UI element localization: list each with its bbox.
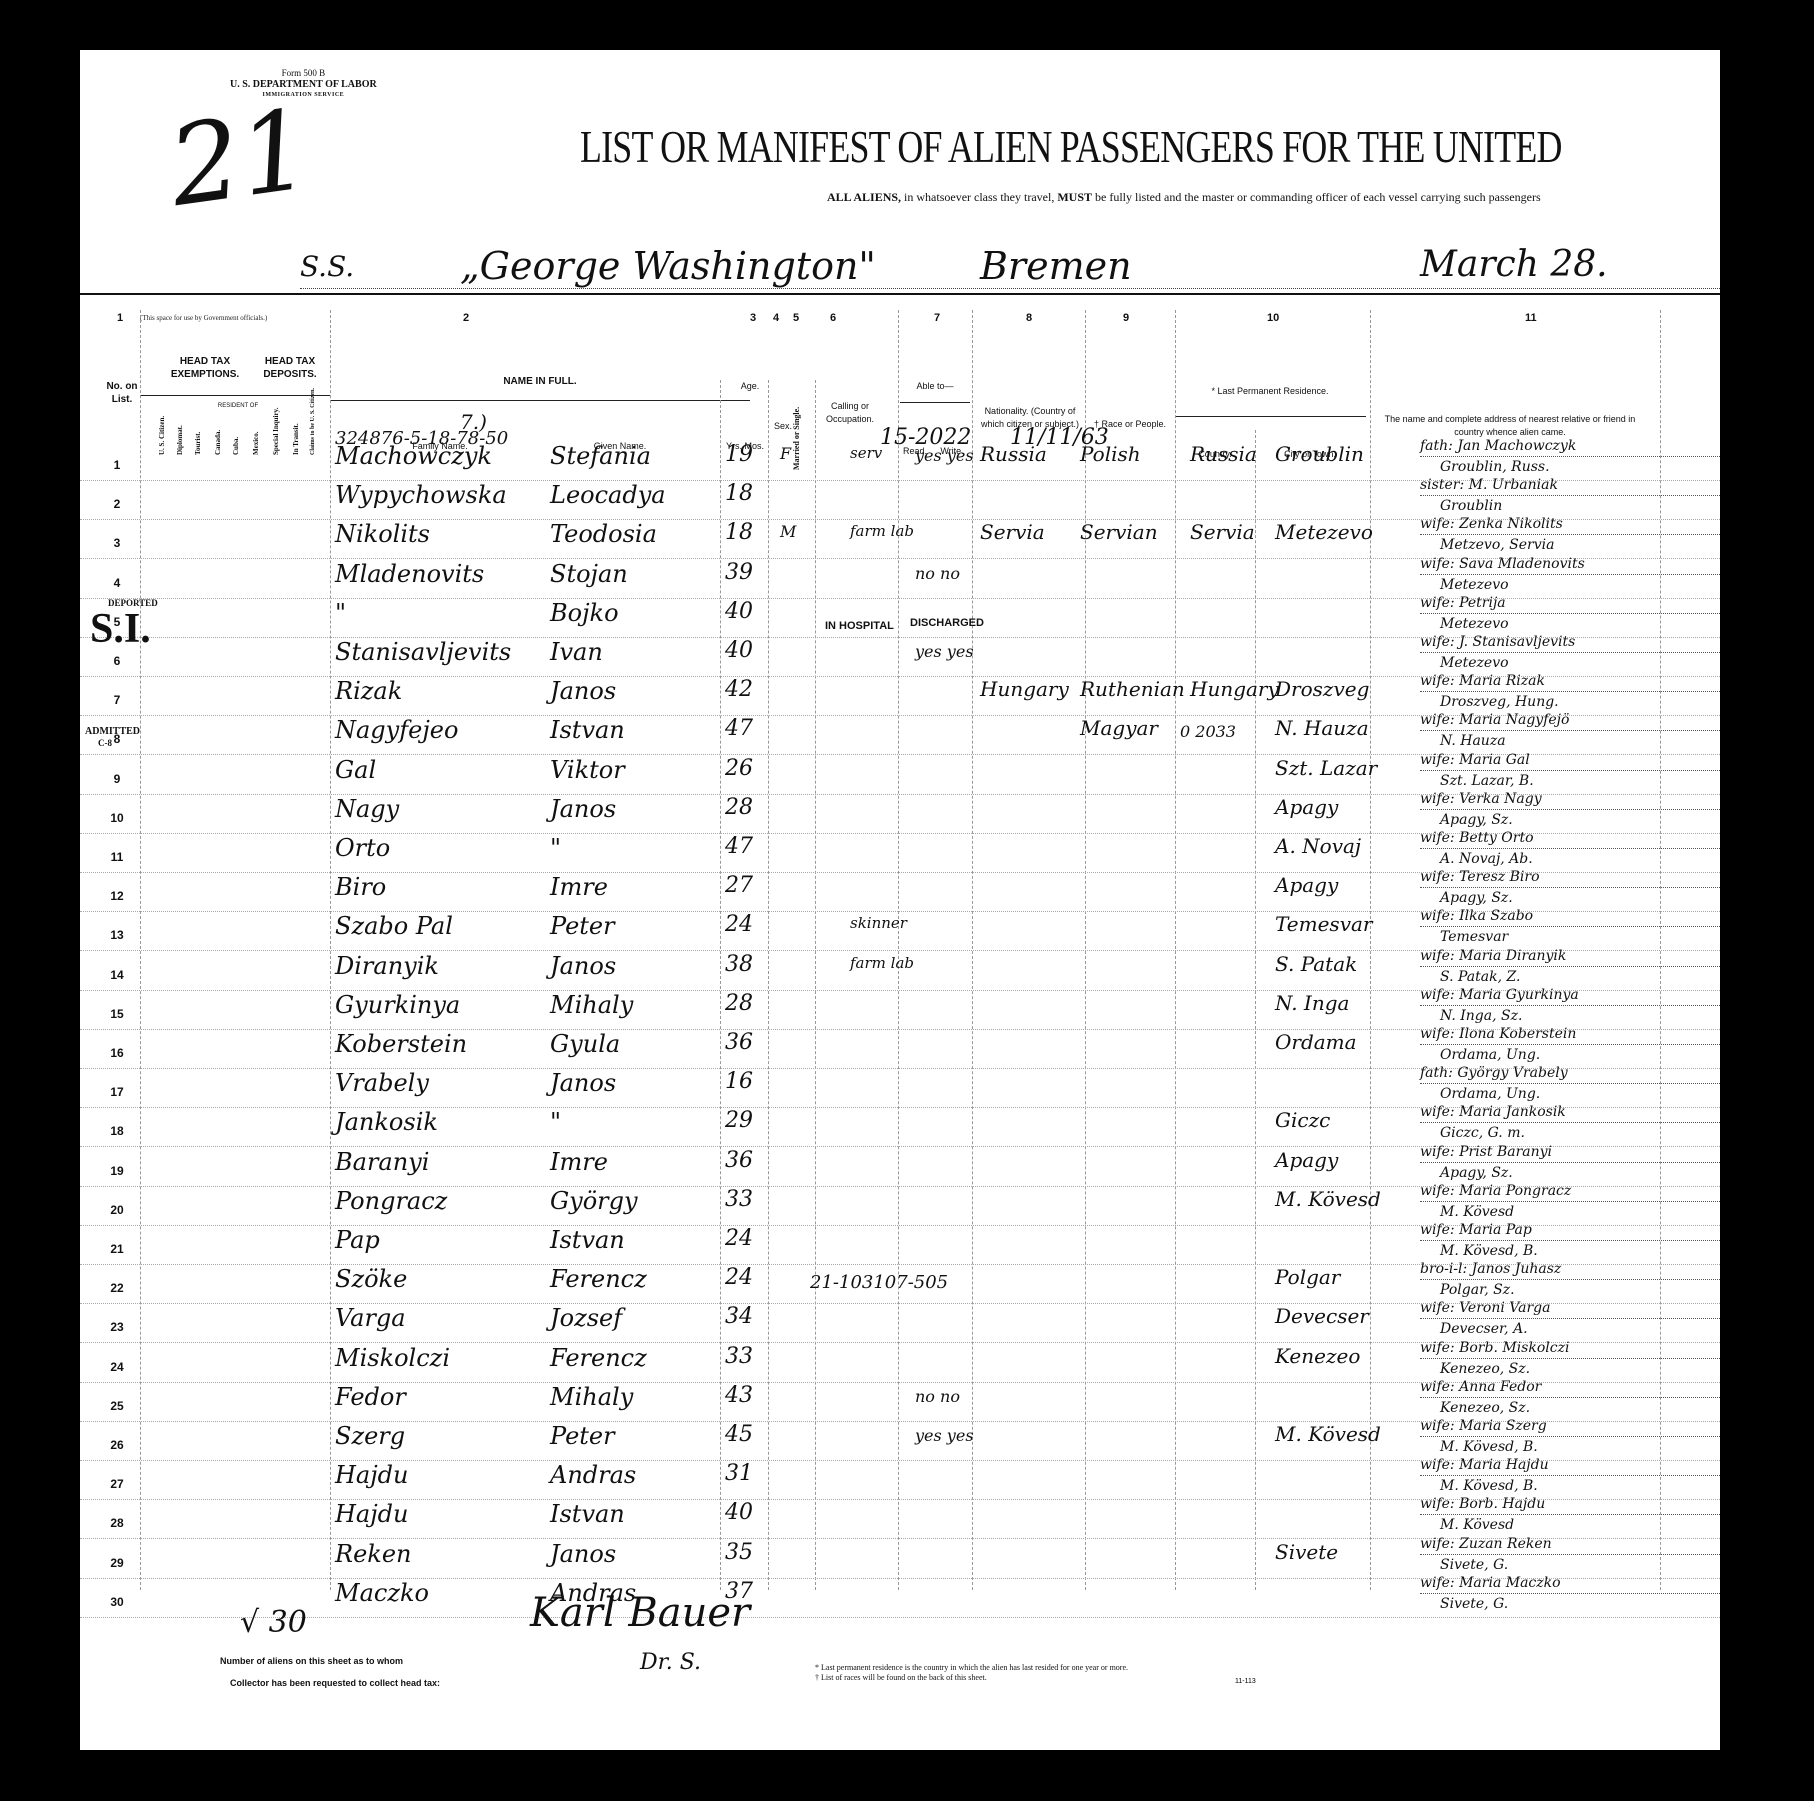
- row-number: 30: [102, 1595, 132, 1609]
- residence-country: Servia: [1190, 520, 1255, 544]
- age-value: 39: [725, 560, 753, 585]
- colnum-3: 3: [750, 312, 756, 324]
- nearest-relative: wife: Maria HajduM. Kövesd, B.: [1420, 1455, 1720, 1496]
- nearest-relative: wife: Maria MaczkoSivete, G.: [1420, 1573, 1720, 1614]
- row-number: 22: [102, 1281, 132, 1295]
- departure-port: Bremen: [980, 244, 1132, 288]
- row-number: 11: [102, 850, 132, 864]
- residence-city: Temesvar: [1275, 912, 1372, 936]
- header-able-to: Able to—: [900, 380, 970, 393]
- relative-name: sister: M. Urbaniak: [1420, 475, 1720, 496]
- form-number: Form 500 B: [230, 68, 377, 79]
- family-name: Pap: [335, 1226, 380, 1254]
- header-no-on-list: No. on List.: [104, 380, 140, 406]
- relative-name: wife: Prist Baranyi: [1420, 1142, 1720, 1163]
- family-name: Miskolczi: [335, 1344, 450, 1372]
- residence-city: Apagy: [1275, 1148, 1338, 1172]
- given-name: Mihaly: [550, 1383, 633, 1411]
- colnum-8: 8: [1026, 312, 1032, 324]
- residence-city: Droszveg: [1275, 677, 1369, 701]
- given-name: Mihaly: [550, 991, 633, 1019]
- colnum-1: 1: [117, 312, 123, 324]
- exemptions-rule: [140, 395, 330, 396]
- relative-name: fath: György Vrabely: [1420, 1063, 1720, 1084]
- relative-address: Apagy, Sz.: [1420, 888, 1720, 908]
- residence-city: Devecser: [1275, 1304, 1369, 1328]
- nationality: Hungary: [980, 677, 1069, 701]
- relative-name: fath: Jan Machowczyk: [1420, 436, 1720, 457]
- age-value: 47: [725, 834, 753, 859]
- race: Magyar: [1080, 716, 1158, 740]
- age-value: 19: [725, 442, 753, 467]
- occupation: serv: [850, 444, 882, 462]
- relative-name: wife: Maria Maczko: [1420, 1573, 1720, 1594]
- row-number: 2: [102, 497, 132, 511]
- nearest-relative: bro-i-l: Janos JuhaszPolgar, Sz.: [1420, 1259, 1720, 1300]
- residence-city: N. Hauza: [1275, 716, 1369, 740]
- row-number: 16: [102, 1046, 132, 1060]
- age-value: 47: [725, 716, 753, 741]
- relative-address: Sivete, G.: [1420, 1555, 1720, 1575]
- relative-name: wife: Veroni Varga: [1420, 1298, 1720, 1319]
- occupation: farm lab: [850, 954, 914, 972]
- age-value: 24: [725, 1226, 753, 1251]
- nearest-relative: wife: PetrijaMetezevo: [1420, 593, 1720, 634]
- relative-address: Droszveg, Hung.: [1420, 692, 1720, 712]
- nearest-relative: wife: Ilka SzaboTemesvar: [1420, 906, 1720, 947]
- relative-address: M. Kövesd, B.: [1420, 1437, 1720, 1457]
- stamp-admitted-sub: C-8: [98, 738, 112, 748]
- given-name: Istvan: [550, 1226, 625, 1254]
- given-name: Stojan: [550, 560, 628, 588]
- given-name: Imre: [550, 1148, 608, 1176]
- age-value: 24: [725, 912, 753, 937]
- residence-city: Ordama: [1275, 1030, 1357, 1054]
- row-number: 4: [102, 576, 132, 590]
- relative-name: wife: Maria Diranyik: [1420, 946, 1720, 967]
- row-number: 20: [102, 1203, 132, 1217]
- relative-name: wife: Maria Gal: [1420, 750, 1720, 771]
- given-name: Ferencz: [550, 1344, 647, 1372]
- ship-prefix: S.S.: [300, 250, 354, 283]
- age-value: 38: [725, 952, 753, 977]
- nearest-relative: wife: Maria GalSzt. Lazar, B.: [1420, 750, 1720, 791]
- nationality: Russia: [980, 442, 1047, 466]
- name-rule: [330, 400, 750, 401]
- relative-address: Groublin, Russ.: [1420, 457, 1720, 477]
- given-name: Viktor: [550, 756, 625, 784]
- head-tax-note: Number of aliens on this sheet as to who…: [220, 1650, 440, 1694]
- relative-name: wife: Borb. Hajdu: [1420, 1494, 1720, 1515]
- nearest-relative: wife: Zenka NikolitsMetzevo, Servia: [1420, 514, 1720, 555]
- nearest-relative: wife: Borb. HajduM. Kövesd: [1420, 1494, 1720, 1535]
- relative-name: wife: Ilona Koberstein: [1420, 1024, 1720, 1045]
- subtitle-must: MUST: [1057, 190, 1092, 204]
- relative-address: S. Patak, Z.: [1420, 967, 1720, 987]
- family-name: Baranyi: [335, 1148, 429, 1176]
- race: Servian: [1080, 520, 1158, 544]
- relative-name: wife: Maria Gyurkinya: [1420, 985, 1720, 1006]
- nearest-relative: wife: Maria RizakDroszveg, Hung.: [1420, 671, 1720, 712]
- age-value: 28: [725, 795, 753, 820]
- nearest-relative: wife: Borb. MiskolcziKenezeo, Sz.: [1420, 1338, 1720, 1379]
- given-name: Janos: [550, 1540, 616, 1568]
- relative-name: wife: J. Stanisavljevits: [1420, 632, 1720, 653]
- relative-address: M. Kövesd, B.: [1420, 1241, 1720, 1261]
- read-write: no no: [915, 564, 960, 583]
- residence-city: Metezevo: [1275, 520, 1373, 544]
- relative-address: Kenezeo, Sz.: [1420, 1398, 1720, 1418]
- residence-country: Hungary: [1190, 677, 1279, 701]
- header-age: Age.: [720, 380, 780, 393]
- relative-name: wife: Zenka Nikolits: [1420, 514, 1720, 535]
- row-number: 10: [102, 811, 132, 825]
- relative-name: wife: Betty Orto: [1420, 828, 1720, 849]
- nearest-relative: wife: Zuzan RekenSivete, G.: [1420, 1534, 1720, 1575]
- header-resident-of: RESIDENT OF: [208, 400, 268, 413]
- family-name: Pongracz: [335, 1187, 447, 1215]
- subtitle-end: be fully listed and the master or comman…: [1095, 190, 1541, 204]
- given-name: ": [550, 1108, 561, 1136]
- given-name: Jozsef: [550, 1304, 622, 1332]
- relative-name: wife: Maria Rizak: [1420, 671, 1720, 692]
- nearest-relative: wife: Maria PongraczM. Kövesd: [1420, 1181, 1720, 1222]
- subtitle-bold: ALL ALIENS,: [827, 190, 901, 204]
- relative-name: bro-i-l: Janos Juhasz: [1420, 1259, 1720, 1280]
- family-name: Mladenovits: [335, 560, 484, 588]
- header-calling: Calling or Occupation.: [815, 400, 885, 426]
- given-name: Andras: [550, 1461, 636, 1489]
- department-name: U. S. DEPARTMENT OF LABOR: [230, 79, 377, 90]
- sex-value: M: [780, 522, 796, 541]
- nearest-relative: wife: Maria GyurkinyaN. Inga, Sz.: [1420, 985, 1720, 1026]
- relative-address: N. Hauza: [1420, 731, 1720, 751]
- sailing-date: March 28.: [1420, 244, 1608, 285]
- row-number: 13: [102, 928, 132, 942]
- relative-address: Temesvar: [1420, 927, 1720, 947]
- footnote-races: † List of races will be found on the bac…: [815, 1673, 1128, 1683]
- given-name: Ivan: [550, 638, 603, 666]
- relative-name: wife: Maria Szerg: [1420, 1416, 1720, 1437]
- nearest-relative: wife: Maria NagyfejöN. Hauza: [1420, 710, 1720, 751]
- nearest-relative: wife: J. StanisavljevitsMetezevo: [1420, 632, 1720, 673]
- age-value: 31: [725, 1461, 753, 1486]
- residence-city: Kenezeo: [1275, 1344, 1360, 1368]
- relative-name: wife: Sava Mladenovits: [1420, 554, 1720, 575]
- age-value: 40: [725, 1500, 753, 1525]
- subtitle-rest: in whatsoever class they travel,: [904, 190, 1054, 204]
- signature-initials: Dr. S.: [640, 1650, 701, 1675]
- row-number: 14: [102, 968, 132, 982]
- occupation: skinner: [850, 914, 907, 932]
- residence-city: Szt. Lazar: [1275, 756, 1377, 780]
- nearest-relative: wife: Prist BaranyiApagy, Sz.: [1420, 1142, 1720, 1183]
- ship-name: „George Washington": [460, 244, 876, 288]
- row22-reference: 21-103107-505: [810, 1272, 948, 1293]
- age-value: 42: [725, 677, 753, 702]
- row-number: 29: [102, 1556, 132, 1570]
- relative-name: wife: Maria Jankosik: [1420, 1102, 1720, 1123]
- row-number: 1: [102, 458, 132, 472]
- nearest-relative: fath: György VrabelyOrdama, Ung.: [1420, 1063, 1720, 1104]
- row-number: 7: [102, 693, 132, 707]
- relative-name: wife: Zuzan Reken: [1420, 1534, 1720, 1555]
- nearest-relative: wife: Maria JankosikGiczc, G. m.: [1420, 1102, 1720, 1143]
- header-head-tax-deposits: HEAD TAX DEPOSITS.: [260, 355, 320, 381]
- stamp-deported: DEPORTED: [108, 598, 158, 608]
- relative-address: Ordama, Ung.: [1420, 1084, 1720, 1104]
- row-number: 12: [102, 889, 132, 903]
- family-name: Koberstein: [335, 1030, 467, 1058]
- age-value: 33: [725, 1344, 753, 1369]
- read-write: no no: [915, 1387, 960, 1406]
- nearest-relative: fath: Jan MachowczykGroublin, Russ.: [1420, 436, 1720, 477]
- relative-address: Metezevo: [1420, 575, 1720, 595]
- header-last-residence: * Last Permanent Residence.: [1175, 385, 1365, 398]
- header-name-in-full: NAME IN FULL.: [440, 375, 640, 388]
- family-name: Reken: [335, 1540, 411, 1568]
- relative-name: wife: Maria Hajdu: [1420, 1455, 1720, 1476]
- age-value: 36: [725, 1148, 753, 1173]
- relative-address: M. Kövesd, B.: [1420, 1476, 1720, 1496]
- footnote-residence: * Last permanent residence is the countr…: [815, 1663, 1128, 1673]
- family-name: Varga: [335, 1304, 406, 1332]
- age-value: 26: [725, 756, 753, 781]
- family-name: Nagy: [335, 795, 399, 823]
- family-name: Szerg: [335, 1422, 405, 1450]
- nearest-relative: wife: Teresz BiroApagy, Sz.: [1420, 867, 1720, 908]
- family-name: Fedor: [335, 1383, 406, 1411]
- residence-city: M. Kövesd: [1275, 1187, 1381, 1211]
- relative-address: Ordama, Ung.: [1420, 1045, 1720, 1065]
- age-value: 43: [725, 1383, 753, 1408]
- nearest-relative: wife: Maria PapM. Kövesd, B.: [1420, 1220, 1720, 1261]
- subtitle: ALL ALIENS, in whatsoever class they tra…: [827, 190, 1541, 205]
- row-number: 27: [102, 1477, 132, 1491]
- age-value: 35: [725, 1540, 753, 1565]
- age-value: 16: [725, 1069, 753, 1094]
- relative-address: Apagy, Sz.: [1420, 810, 1720, 830]
- residence-rule: [1176, 416, 1366, 417]
- age-value: 18: [725, 481, 753, 506]
- table-row: 30MaczkoAndras37wife: Maria MaczkoSivete…: [80, 1575, 1720, 1618]
- colnum-11: 11: [1525, 312, 1537, 324]
- nearest-relative: wife: Anna FedorKenezeo, Sz.: [1420, 1377, 1720, 1418]
- relative-name: wife: Borb. Miskolczi: [1420, 1338, 1720, 1359]
- nearest-relative: wife: Ilona KobersteinOrdama, Ung.: [1420, 1024, 1720, 1065]
- given-name: ": [550, 834, 561, 862]
- discharged-stamp: DISCHARGED: [910, 617, 984, 629]
- residence-city: Groublin: [1275, 442, 1364, 466]
- relative-address: Szt. Lazar, B.: [1420, 771, 1720, 791]
- relative-address: Giczc, G. m.: [1420, 1123, 1720, 1143]
- row-number: 26: [102, 1438, 132, 1452]
- colnum-4: 4: [773, 312, 779, 324]
- row-number: 3: [102, 536, 132, 550]
- able-rule: [900, 402, 970, 403]
- nationality: Servia: [980, 520, 1045, 544]
- row-number: 18: [102, 1124, 132, 1138]
- nearest-relative: wife: Maria DiranyikS. Patak, Z.: [1420, 946, 1720, 987]
- residence-city: Apagy: [1275, 873, 1338, 897]
- given-name: Leocadya: [550, 481, 666, 509]
- age-value: 45: [725, 1422, 753, 1447]
- family-name: Nikolits: [335, 520, 430, 548]
- read-write: yes yes: [915, 1426, 974, 1445]
- footer-form-code: 11-113: [1235, 1678, 1256, 1685]
- family-name: Jankosik: [335, 1108, 438, 1136]
- given-name: Bojko: [550, 599, 619, 627]
- footnotes: * Last permanent residence is the countr…: [815, 1663, 1128, 1683]
- family-name: Stanisavljevits: [335, 638, 511, 666]
- given-name: Peter: [550, 912, 615, 940]
- relative-address: Devecser, A.: [1420, 1319, 1720, 1339]
- given-name: Stefania: [550, 442, 651, 470]
- given-name: Janos: [550, 952, 616, 980]
- given-name: Imre: [550, 873, 608, 901]
- relative-address: Sivete, G.: [1420, 1594, 1720, 1614]
- row-number: 21: [102, 1242, 132, 1256]
- relative-name: wife: Anna Fedor: [1420, 1377, 1720, 1398]
- relative-name: wife: Maria Pap: [1420, 1220, 1720, 1241]
- relative-address: Kenezeo, Sz.: [1420, 1359, 1720, 1379]
- nearest-relative: wife: Sava MladenovitsMetezevo: [1420, 554, 1720, 595]
- family-name: Wypychowska: [335, 481, 507, 509]
- family-name: Rizak: [335, 677, 402, 705]
- race: Polish: [1080, 442, 1141, 466]
- colnum-7: 7: [934, 312, 940, 324]
- residence-city: M. Kövesd: [1275, 1422, 1381, 1446]
- occupation: farm lab: [850, 522, 914, 540]
- relative-address: Apagy, Sz.: [1420, 1163, 1720, 1183]
- manifest-sheet: Form 500 B U. S. DEPARTMENT OF LABOR IMM…: [80, 50, 1720, 1750]
- head-tax-line1: Number of aliens on this sheet as to who…: [220, 1650, 440, 1672]
- header-head-tax-exemptions: HEAD TAX EXEMPTIONS.: [150, 355, 260, 381]
- family-name: Szöke: [335, 1265, 407, 1293]
- relative-name: wife: Ilka Szabo: [1420, 906, 1720, 927]
- colnum-6: 6: [830, 312, 836, 324]
- family-name: Diranyik: [335, 952, 439, 980]
- relative-address: M. Kövesd: [1420, 1515, 1720, 1535]
- family-name: Machowczyk: [335, 442, 492, 470]
- colnum-2: 2: [463, 312, 469, 324]
- given-name: Gyula: [550, 1030, 620, 1058]
- residence-city: S. Patak: [1275, 952, 1357, 976]
- colnum-10: 10: [1267, 312, 1279, 324]
- age-value: 36: [725, 1030, 753, 1055]
- row-number: 9: [102, 772, 132, 786]
- age-value: 18: [725, 520, 753, 545]
- age-value: 28: [725, 991, 753, 1016]
- residence-city: Sivete: [1275, 1540, 1338, 1564]
- relative-name: wife: Maria Nagyfejö: [1420, 710, 1720, 731]
- residence-country: Russia: [1190, 442, 1257, 466]
- row-number: 28: [102, 1516, 132, 1530]
- family-name: Nagyfejeo: [335, 716, 458, 744]
- row-number: 15: [102, 1007, 132, 1021]
- row-number: 25: [102, 1399, 132, 1413]
- header-rule: [80, 293, 1720, 295]
- relative-name: wife: Teresz Biro: [1420, 867, 1720, 888]
- inspector-signature: Karl Bauer: [530, 1590, 750, 1636]
- read-write: yes yes: [915, 446, 974, 465]
- relative-name: wife: Verka Nagy: [1420, 789, 1720, 810]
- relative-address: Metzevo, Servia: [1420, 535, 1720, 555]
- family-name: Gal: [335, 756, 376, 784]
- relative-address: N. Inga, Sz.: [1420, 1006, 1720, 1026]
- row-number: 23: [102, 1320, 132, 1334]
- relative-name: wife: Maria Pongracz: [1420, 1181, 1720, 1202]
- nearest-relative: wife: Veroni VargaDevecser, A.: [1420, 1298, 1720, 1339]
- row-number: 19: [102, 1164, 132, 1178]
- family-name: Hajdu: [335, 1461, 409, 1489]
- given-name: Istvan: [550, 1500, 625, 1528]
- family-name: Biro: [335, 873, 386, 901]
- family-name: Orto: [335, 834, 390, 862]
- voyage-line: S.S. „George Washington" Bremen March 28…: [300, 248, 1720, 289]
- nearest-relative: wife: Betty OrtoA. Novaj, Ab.: [1420, 828, 1720, 869]
- age-value: 40: [725, 638, 753, 663]
- row-number: 24: [102, 1360, 132, 1374]
- stamp-si: S.I.: [90, 605, 151, 653]
- row-number: 6: [102, 654, 132, 668]
- given-name: Janos: [550, 1069, 616, 1097]
- given-name: Janos: [550, 677, 616, 705]
- colnum-9: 9: [1123, 312, 1129, 324]
- age-value: 27: [725, 873, 753, 898]
- alien-count-mark: √ 30: [240, 1605, 307, 1640]
- relative-address: A. Novaj, Ab.: [1420, 849, 1720, 869]
- relative-address: M. Kövesd: [1420, 1202, 1720, 1222]
- family-name: ": [335, 599, 346, 627]
- family-name: Maczko: [335, 1579, 429, 1607]
- given-name: Teodosia: [550, 520, 657, 548]
- age-value: 40: [725, 599, 753, 624]
- residence-city: A. Novaj: [1275, 834, 1361, 858]
- nearest-relative: wife: Maria SzergM. Kövesd, B.: [1420, 1416, 1720, 1457]
- column-numbers: 1 2 3 4 5 6 7 8 9 10 11: [80, 312, 1720, 332]
- read-write: yes yes: [915, 642, 974, 661]
- nearest-relative: sister: M. UrbaniakGroublin: [1420, 475, 1720, 516]
- row7-reference: 0 2033: [1180, 722, 1236, 741]
- family-name: Hajdu: [335, 1500, 409, 1528]
- family-name: Vrabely: [335, 1069, 429, 1097]
- relative-address: Metezevo: [1420, 614, 1720, 634]
- family-name: Gyurkinya: [335, 991, 460, 1019]
- age-value: 29: [725, 1108, 753, 1133]
- relative-address: Metezevo: [1420, 653, 1720, 673]
- family-name: Szabo Pal: [335, 912, 453, 940]
- head-tax-line2: Collector has been requested to collect …: [220, 1672, 440, 1694]
- sex-value: F: [780, 444, 791, 463]
- age-value: 24: [725, 1265, 753, 1290]
- given-name: Istvan: [550, 716, 625, 744]
- age-value: 34: [725, 1304, 753, 1329]
- nearest-relative: wife: Verka NagyApagy, Sz.: [1420, 789, 1720, 830]
- given-name: Janos: [550, 795, 616, 823]
- relative-address: Groublin: [1420, 496, 1720, 516]
- residence-city: Polgar: [1275, 1265, 1340, 1289]
- residence-city: Apagy: [1275, 795, 1338, 819]
- residence-city: N. Inga: [1275, 991, 1349, 1015]
- relative-name: wife: Petrija: [1420, 593, 1720, 614]
- residence-city: Giczc: [1275, 1108, 1330, 1132]
- given-name: György: [550, 1187, 638, 1215]
- stamp-admitted: ADMITTED: [85, 726, 140, 737]
- age-value: 33: [725, 1187, 753, 1212]
- given-name: Peter: [550, 1422, 615, 1450]
- sheet-number: 21: [164, 99, 317, 218]
